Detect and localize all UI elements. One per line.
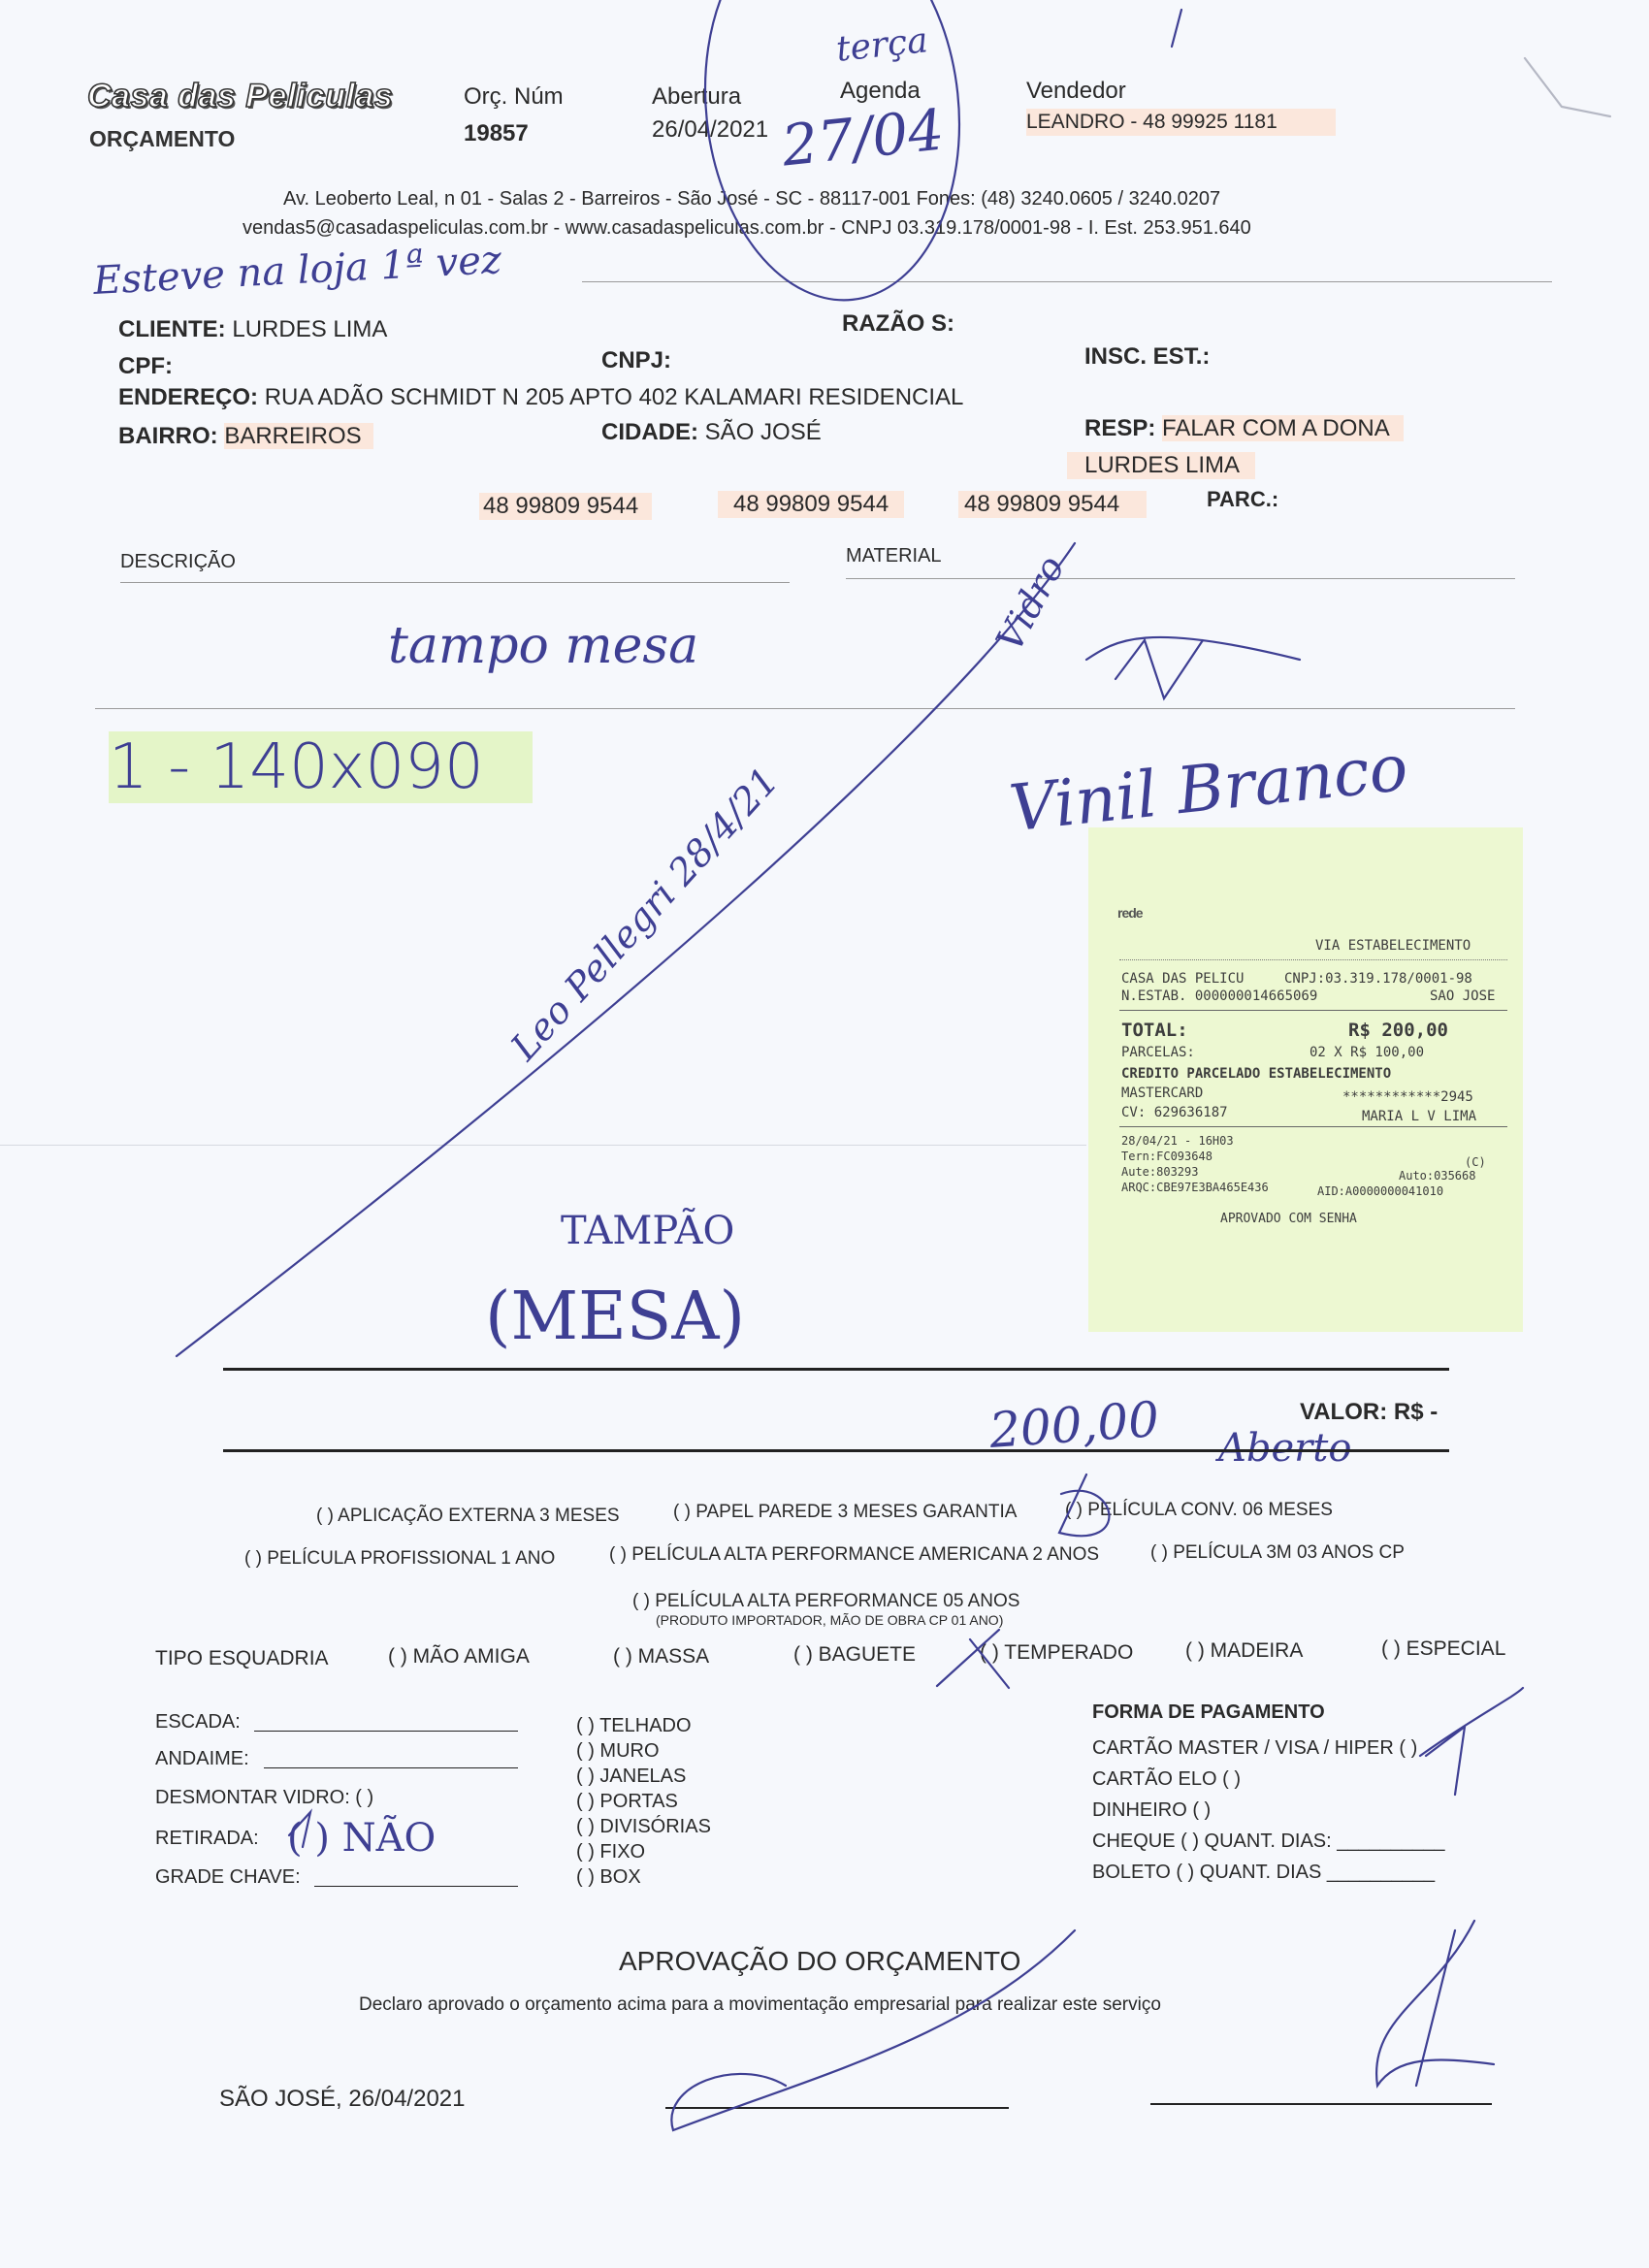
measure-handwritten: 1 - 140x090 — [109, 731, 533, 803]
signature-line-client — [1150, 2103, 1492, 2105]
receipt-city: SAO JOSE — [1430, 988, 1495, 1004]
orc-label: Orç. Núm — [464, 83, 564, 111]
bairro-value: BARREIROS — [224, 423, 372, 449]
row-divider — [95, 708, 1515, 709]
payment-dinheiro[interactable]: DINHEIRO ( ) — [1092, 1795, 1444, 1826]
approval-title: APROVAÇÃO DO ORÇAMENTO — [619, 1946, 1020, 1977]
resp-label: RESP: — [1084, 415, 1155, 441]
divider — [582, 281, 1552, 282]
receipt-datetime: 28/04/21 - 16H03 — [1121, 1134, 1234, 1148]
bairro-label: BAIRRO: — [118, 423, 218, 449]
valor-line-bottom — [223, 1449, 1449, 1452]
option-papel-parede[interactable]: ( ) PAPEL PAREDE 3 MESES GARANTIA — [673, 1502, 1017, 1523]
receipt-term: Tern:FC093648 — [1121, 1150, 1212, 1163]
location-janelas[interactable]: ( ) JANELAS — [576, 1764, 711, 1789]
tampao-handwritten: TAMPÃO — [561, 1209, 734, 1253]
razao-label: RAZÃO S: — [842, 310, 954, 338]
location-muro[interactable]: ( ) MURO — [576, 1738, 711, 1764]
esquadria-temperado[interactable]: ( ) TEMPERADO — [980, 1641, 1133, 1665]
location-telhado[interactable]: ( ) TELHADO — [576, 1713, 711, 1738]
cliente-value: LURDES LIMA — [232, 316, 387, 342]
location-list: ( ) TELHADO ( ) MURO ( ) JANELAS ( ) POR… — [576, 1713, 711, 1890]
andaime-field[interactable] — [264, 1767, 518, 1768]
receipt-estab: N.ESTAB. 000000014665069 — [1121, 988, 1317, 1004]
grade-chave-field[interactable] — [314, 1886, 518, 1887]
payment-title: FORMA DE PAGAMENTO — [1092, 1701, 1325, 1724]
receipt-c-flag: (C) — [1465, 1155, 1486, 1169]
esquadria-label: TIPO ESQUADRIA — [155, 1647, 329, 1670]
cpf-label: CPF: — [118, 353, 173, 380]
receipt-card-number: ************2945 — [1342, 1089, 1473, 1105]
material-line — [846, 578, 1515, 579]
cnpj-label: CNPJ: — [601, 347, 671, 374]
orc-number: 19857 — [464, 120, 529, 147]
option-alta-performance-05[interactable]: ( ) PELÍCULA ALTA PERFORMANCE 05 ANOS — [632, 1591, 1019, 1612]
esquadria-baguete[interactable]: ( ) BAGUETE — [793, 1643, 916, 1667]
doc-type: ORÇAMENTO — [89, 126, 235, 152]
cidade-label: CIDADE: — [601, 419, 698, 445]
esquadria-mao-amiga[interactable]: ( ) MÃO AMIGA — [388, 1645, 530, 1669]
cliente-label: CLIENTE: — [118, 316, 226, 342]
esquadria-massa[interactable]: ( ) MASSA — [613, 1645, 709, 1669]
cidade-value: SÃO JOSÉ — [705, 419, 822, 445]
valor-line-top — [223, 1368, 1449, 1371]
signature-note: Leo Pellegri 28/4/21 — [502, 760, 787, 1069]
location-fixo[interactable]: ( ) FIXO — [576, 1839, 711, 1864]
receipt-auto: Auto:035668 — [1399, 1169, 1475, 1183]
escada-label: ESCADA: — [155, 1711, 241, 1733]
insc-est-label: INSC. EST.: — [1084, 343, 1210, 371]
desmontar-vidro-option[interactable]: DESMONTAR VIDRO: ( ) — [155, 1787, 373, 1809]
receipt-parcelas-value: 02 X R$ 100,00 — [1309, 1045, 1424, 1060]
endereco-value: RUA ADÃO SCHMIDT N 205 APTO 402 KALAMARI… — [265, 384, 964, 410]
retirada-value[interactable]: ( ) NÃO — [287, 1816, 436, 1861]
receipt-aid: AID:A0000000041010 — [1317, 1184, 1443, 1198]
option-pelicula-conv[interactable]: ( ) PELÍCULA CONV. 06 MESES — [1065, 1500, 1333, 1521]
receipt-merchant: CASA DAS PELICU — [1121, 971, 1244, 987]
rede-logo: rede — [1117, 905, 1143, 921]
valor-note-handwritten: Aberto — [1218, 1426, 1351, 1471]
phone-1: 48 99809 9544 — [479, 493, 652, 520]
address-line: Av. Leoberto Leal, n 01 - Salas 2 - Barr… — [283, 188, 1220, 211]
location-divisorias[interactable]: ( ) DIVISÓRIAS — [576, 1814, 711, 1839]
receipt-total-label: TOTAL: — [1121, 1020, 1188, 1041]
phone-3: 48 99809 9544 — [958, 491, 1147, 518]
descricao-line — [120, 582, 790, 583]
parc-label: PARC.: — [1207, 487, 1278, 512]
valor-label: VALOR: R$ - — [1300, 1399, 1438, 1426]
andaime-label: ANDAIME: — [155, 1748, 249, 1770]
receipt-card-brand: MASTERCARD — [1121, 1085, 1203, 1101]
place-date: SÃO JOSÉ, 26/04/2021 — [219, 2086, 466, 2113]
endereco-field: ENDEREÇO: RUA ADÃO SCHMIDT N 205 APTO 40… — [118, 384, 963, 411]
payment-boleto[interactable]: BOLETO ( ) QUANT. DIAS __________ — [1092, 1857, 1444, 1888]
material-note-handwritten: Vidro — [987, 549, 1073, 659]
receipt-status: APROVADO COM SENHA — [1220, 1212, 1357, 1226]
receipt-cnpj: CNPJ:03.319.178/0001-98 — [1284, 971, 1472, 987]
signature-line-company — [665, 2107, 1009, 2109]
contact-line: vendas5@casadaspeliculas.com.br - www.ca… — [242, 217, 1251, 240]
client-signature — [1376, 1921, 1494, 2086]
receipt-via: VIA ESTABELECIMENTO — [1315, 938, 1471, 954]
bairro-field: BAIRRO: BARREIROS — [118, 423, 373, 450]
paper-fold — [0, 1145, 1086, 1146]
resp-field: RESP: FALAR COM A DONA — [1084, 415, 1404, 442]
option-aplicacao-externa[interactable]: ( ) APLICAÇÃO EXTERNA 3 MESES — [316, 1506, 620, 1527]
esquadria-madeira[interactable]: ( ) MADEIRA — [1185, 1639, 1303, 1663]
warranty-footnote: (PRODUTO IMPORTADOR, MÃO DE OBRA CP 01 A… — [656, 1612, 1003, 1628]
approval-declaration: Declaro aprovado o orçamento acima para … — [359, 1994, 1161, 2016]
esquadria-especial[interactable]: ( ) ESPECIAL — [1381, 1637, 1505, 1661]
payment-cartao-elo[interactable]: CARTÃO ELO ( ) — [1092, 1764, 1444, 1795]
receipt-total-value: R$ 200,00 — [1348, 1020, 1448, 1041]
grade-chave-label: GRADE CHAVE: — [155, 1866, 301, 1889]
receipt-holder: MARIA L V LIMA — [1362, 1109, 1476, 1124]
cliente-field: CLIENTE: LURDES LIMA — [118, 316, 387, 343]
payment-cartao-master[interactable]: CARTÃO MASTER / VISA / HIPER ( ) — [1092, 1733, 1444, 1764]
abertura-label: Abertura — [652, 83, 741, 111]
visit-note: Esteve na loja 1ª vez — [92, 238, 502, 304]
brand-logo: Casa das Peliculas — [87, 78, 393, 115]
endereco-label: ENDEREÇO: — [118, 384, 258, 410]
resp-value-2: LURDES LIMA — [1067, 452, 1255, 479]
retirada-label: RETIRADA: — [155, 1828, 259, 1850]
agenda-date-handwritten: 27/04 — [779, 96, 947, 178]
agenda-note: terça — [834, 20, 929, 70]
vendedor-label: Vendedor — [1026, 78, 1126, 105]
option-pelicula-profissional[interactable]: ( ) PELÍCULA PROFISSIONAL 1 ANO — [244, 1548, 555, 1570]
location-portas[interactable]: ( ) PORTAS — [576, 1789, 711, 1814]
mesa-handwritten: (MESA) — [485, 1279, 745, 1355]
location-box[interactable]: ( ) BOX — [576, 1864, 711, 1890]
receipt-tipo: CREDITO PARCELADO ESTABELECIMENTO — [1121, 1066, 1391, 1082]
material-label: MATERIAL — [846, 545, 942, 567]
payment-cheque[interactable]: CHEQUE ( ) QUANT. DIAS: __________ — [1092, 1826, 1444, 1857]
vendedor-value: LEANDRO - 48 99925 1181 — [1026, 109, 1336, 136]
phone-2: 48 99809 9544 — [718, 491, 904, 518]
escada-field[interactable] — [254, 1731, 518, 1732]
receipt-parcelas-label: PARCELAS: — [1121, 1045, 1195, 1060]
option-pelicula-3m[interactable]: ( ) PELÍCULA 3M 03 ANOS CP — [1150, 1542, 1405, 1564]
receipt-aute: Aute:803293 — [1121, 1165, 1198, 1179]
receipt-arqc: ARQC:CBE97E3BA465E436 — [1121, 1181, 1269, 1194]
option-alta-performance-americana[interactable]: ( ) PELÍCULA ALTA PERFORMANCE AMERICANA … — [609, 1544, 1099, 1566]
cidade-field: CIDADE: SÃO JOSÉ — [601, 419, 822, 446]
description-handwritten: tampo mesa — [388, 617, 698, 675]
card-receipt: rede VIA ESTABELECIMENTO CASA DAS PELICU… — [1088, 827, 1523, 1332]
abertura-date: 26/04/2021 — [652, 116, 768, 144]
receipt-cv: CV: 629636187 — [1121, 1105, 1228, 1120]
descricao-label: DESCRIÇÃO — [120, 551, 236, 573]
payment-list: CARTÃO MASTER / VISA / HIPER ( ) CARTÃO … — [1092, 1733, 1444, 1888]
resp-value-1: FALAR COM A DONA — [1162, 415, 1404, 441]
